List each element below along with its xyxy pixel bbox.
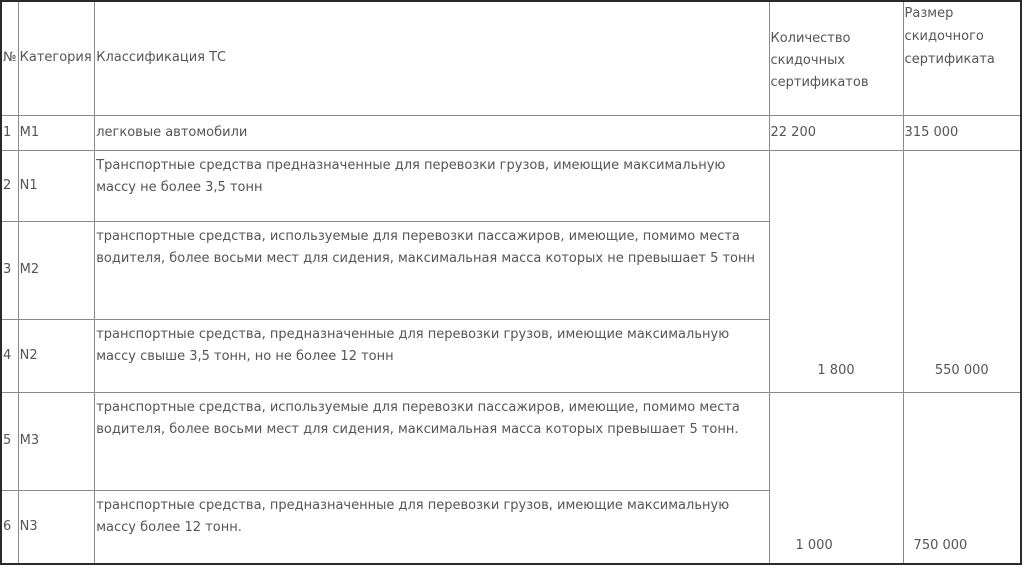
row-category: M1 — [18, 115, 95, 150]
row-num: 5 — [1, 392, 18, 490]
row-num: 1 — [1, 115, 18, 150]
group-size: 750 000 — [903, 392, 1021, 564]
table-row: 1 M1 легковые автомобили 22 200 315 000 — [1, 115, 1021, 150]
row-classification: транспортные средства, используемые для … — [95, 221, 769, 319]
header-classification: Классификация ТС — [95, 1, 769, 115]
row-category: M2 — [18, 221, 95, 319]
row-category: M3 — [18, 392, 95, 490]
vehicle-certificates-table: № Категория Классификация ТС Количество … — [0, 0, 1022, 565]
row-category: N3 — [18, 490, 95, 564]
group-count: 1 800 — [769, 150, 903, 392]
table-header-row: № Категория Классификация ТС Количество … — [1, 1, 1021, 115]
header-size: Размер скидочного сертификата — [903, 1, 1021, 115]
row-classification: транспортные средства, предназначенные д… — [95, 319, 769, 392]
header-category: Категория — [18, 1, 95, 115]
row-category: N2 — [18, 319, 95, 392]
row-num: 3 — [1, 221, 18, 319]
header-num: № — [1, 1, 18, 115]
row-count: 22 200 — [769, 115, 903, 150]
row-classification: транспортные средства, используемые для … — [95, 392, 769, 490]
row-num: 4 — [1, 319, 18, 392]
row-num: 2 — [1, 150, 18, 221]
group-count: 1 000 — [769, 392, 903, 564]
header-count: Количество скидочных сертификатов — [769, 1, 903, 115]
table-row: 2 N1 Транспортные средства предназначенн… — [1, 150, 1021, 221]
row-classification: транспортные средства, предназначенные д… — [95, 490, 769, 564]
group-size: 550 000 — [903, 150, 1021, 392]
row-category: N1 — [18, 150, 95, 221]
table-row: 5 M3 транспортные средства, используемые… — [1, 392, 1021, 490]
row-num: 6 — [1, 490, 18, 564]
row-classification: Транспортные средства предназначенные дл… — [95, 150, 769, 221]
row-size: 315 000 — [903, 115, 1021, 150]
row-classification: легковые автомобили — [95, 115, 769, 150]
